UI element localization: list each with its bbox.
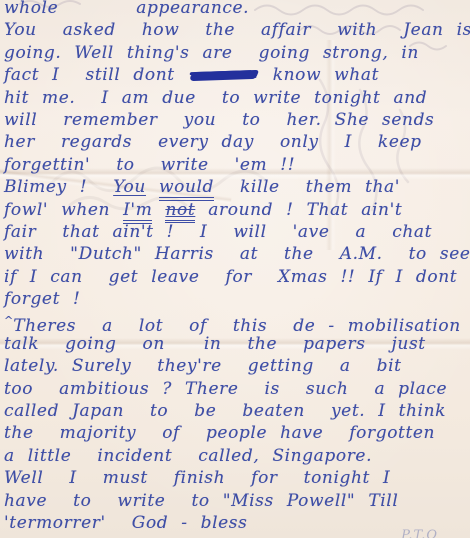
letter-line: will remember you to her. She sends bbox=[4, 109, 470, 131]
letter-text: whole appearance. bbox=[4, 0, 249, 18]
letter-line: forget ! bbox=[4, 288, 470, 310]
letter-body: whole appearance.You asked how the affai… bbox=[4, 0, 470, 534]
letter-line: fowl' when I'm not around ! That ain't bbox=[4, 199, 470, 221]
letter-text: going. Well thing's are going strong, in bbox=[4, 43, 419, 63]
letter-line: You asked how the affair with Jean is bbox=[4, 19, 470, 41]
letter-text: the majority of people have forgotten bbox=[4, 423, 435, 443]
letter-text: called Japan to be beaten yet. I think bbox=[4, 401, 446, 421]
letter-text: a little incident called, Singapore. bbox=[4, 446, 372, 466]
letter-line: ^Theres a lot of this de - mobilisation bbox=[4, 310, 470, 332]
scribbled-out-word bbox=[188, 70, 259, 81]
letter-text: Blimey ! bbox=[4, 177, 113, 197]
letter-line: hit me. I am due to write tonight and bbox=[4, 87, 470, 109]
letter-text: fowl' when bbox=[4, 200, 123, 220]
letter-text: lately. Surely they're getting a bit bbox=[4, 356, 402, 376]
letter-text: will remember you to her. She sends bbox=[4, 110, 434, 130]
letter-page: whole appearance.You asked how the affai… bbox=[0, 0, 470, 538]
letter-line: called Japan to be beaten yet. I think bbox=[4, 400, 470, 422]
letter-text: forgettin' to write 'em !! bbox=[4, 155, 295, 175]
letter-line: fact I still dont know what bbox=[4, 64, 470, 86]
letter-line: forgettin' to write 'em !! bbox=[4, 154, 470, 176]
letter-line: her regards every day only I keep bbox=[4, 131, 470, 153]
letter-line: a little incident called, Singapore. bbox=[4, 445, 470, 467]
emphasized-word: I'm bbox=[123, 200, 152, 224]
letter-line: Blimey ! You would kille them tha' bbox=[4, 176, 470, 198]
letter-text: around ! That ain't bbox=[195, 200, 402, 220]
letter-text: her regards every day only I keep bbox=[4, 132, 422, 152]
letter-text: fair that ain't ! I will 'ave a chat bbox=[4, 222, 432, 242]
letter-text: Well I must finish for tonight I bbox=[4, 468, 390, 488]
letter-line: with "Dutch" Harris at the A.M. to see bbox=[4, 243, 470, 265]
letter-line: fair that ain't ! I will 'ave a chat bbox=[4, 221, 470, 243]
letter-text: 'termorrer' God - bless bbox=[4, 513, 247, 533]
letter-line: have to write to "Miss Powell" Till bbox=[4, 490, 470, 512]
letter-text: know what bbox=[260, 65, 379, 85]
letter-text: talk going on in the papers just bbox=[4, 334, 426, 354]
letter-text: hit me. I am due to write tonight and bbox=[4, 88, 427, 108]
emphasized-word: You bbox=[113, 177, 146, 197]
letter-text: too ambitious ? There is such a place bbox=[4, 379, 447, 399]
letter-text: kille them tha' bbox=[214, 177, 400, 197]
letter-line: Well I must finish for tonight I bbox=[4, 467, 470, 489]
letter-line: going. Well thing's are going strong, in bbox=[4, 42, 470, 64]
letter-line: lately. Surely they're getting a bit bbox=[4, 355, 470, 377]
letter-text: have to write to "Miss Powell" Till bbox=[4, 491, 398, 511]
letter-line: too ambitious ? There is such a place bbox=[4, 378, 470, 400]
letter-text: if I can get leave for Xmas !! If I dont bbox=[4, 267, 457, 287]
letter-text: You asked how the affair with Jean is bbox=[4, 20, 470, 40]
emphasized-word: not bbox=[165, 200, 195, 223]
insertion-mark: ^ bbox=[4, 314, 13, 327]
letter-text: with "Dutch" Harris at the A.M. to see bbox=[4, 244, 470, 264]
letter-line: if I can get leave for Xmas !! If I dont bbox=[4, 266, 470, 288]
letter-text: forget ! bbox=[4, 289, 80, 309]
letter-line: whole appearance. bbox=[4, 0, 470, 19]
pto-note: P.T.O bbox=[401, 528, 438, 538]
letter-text: fact I still dont bbox=[4, 65, 188, 85]
letter-text bbox=[146, 177, 159, 197]
emphasized-word: would bbox=[159, 177, 214, 201]
letter-text bbox=[152, 200, 165, 220]
letter-line: talk going on in the papers just bbox=[4, 333, 470, 355]
letter-line: the majority of people have forgotten bbox=[4, 422, 470, 444]
